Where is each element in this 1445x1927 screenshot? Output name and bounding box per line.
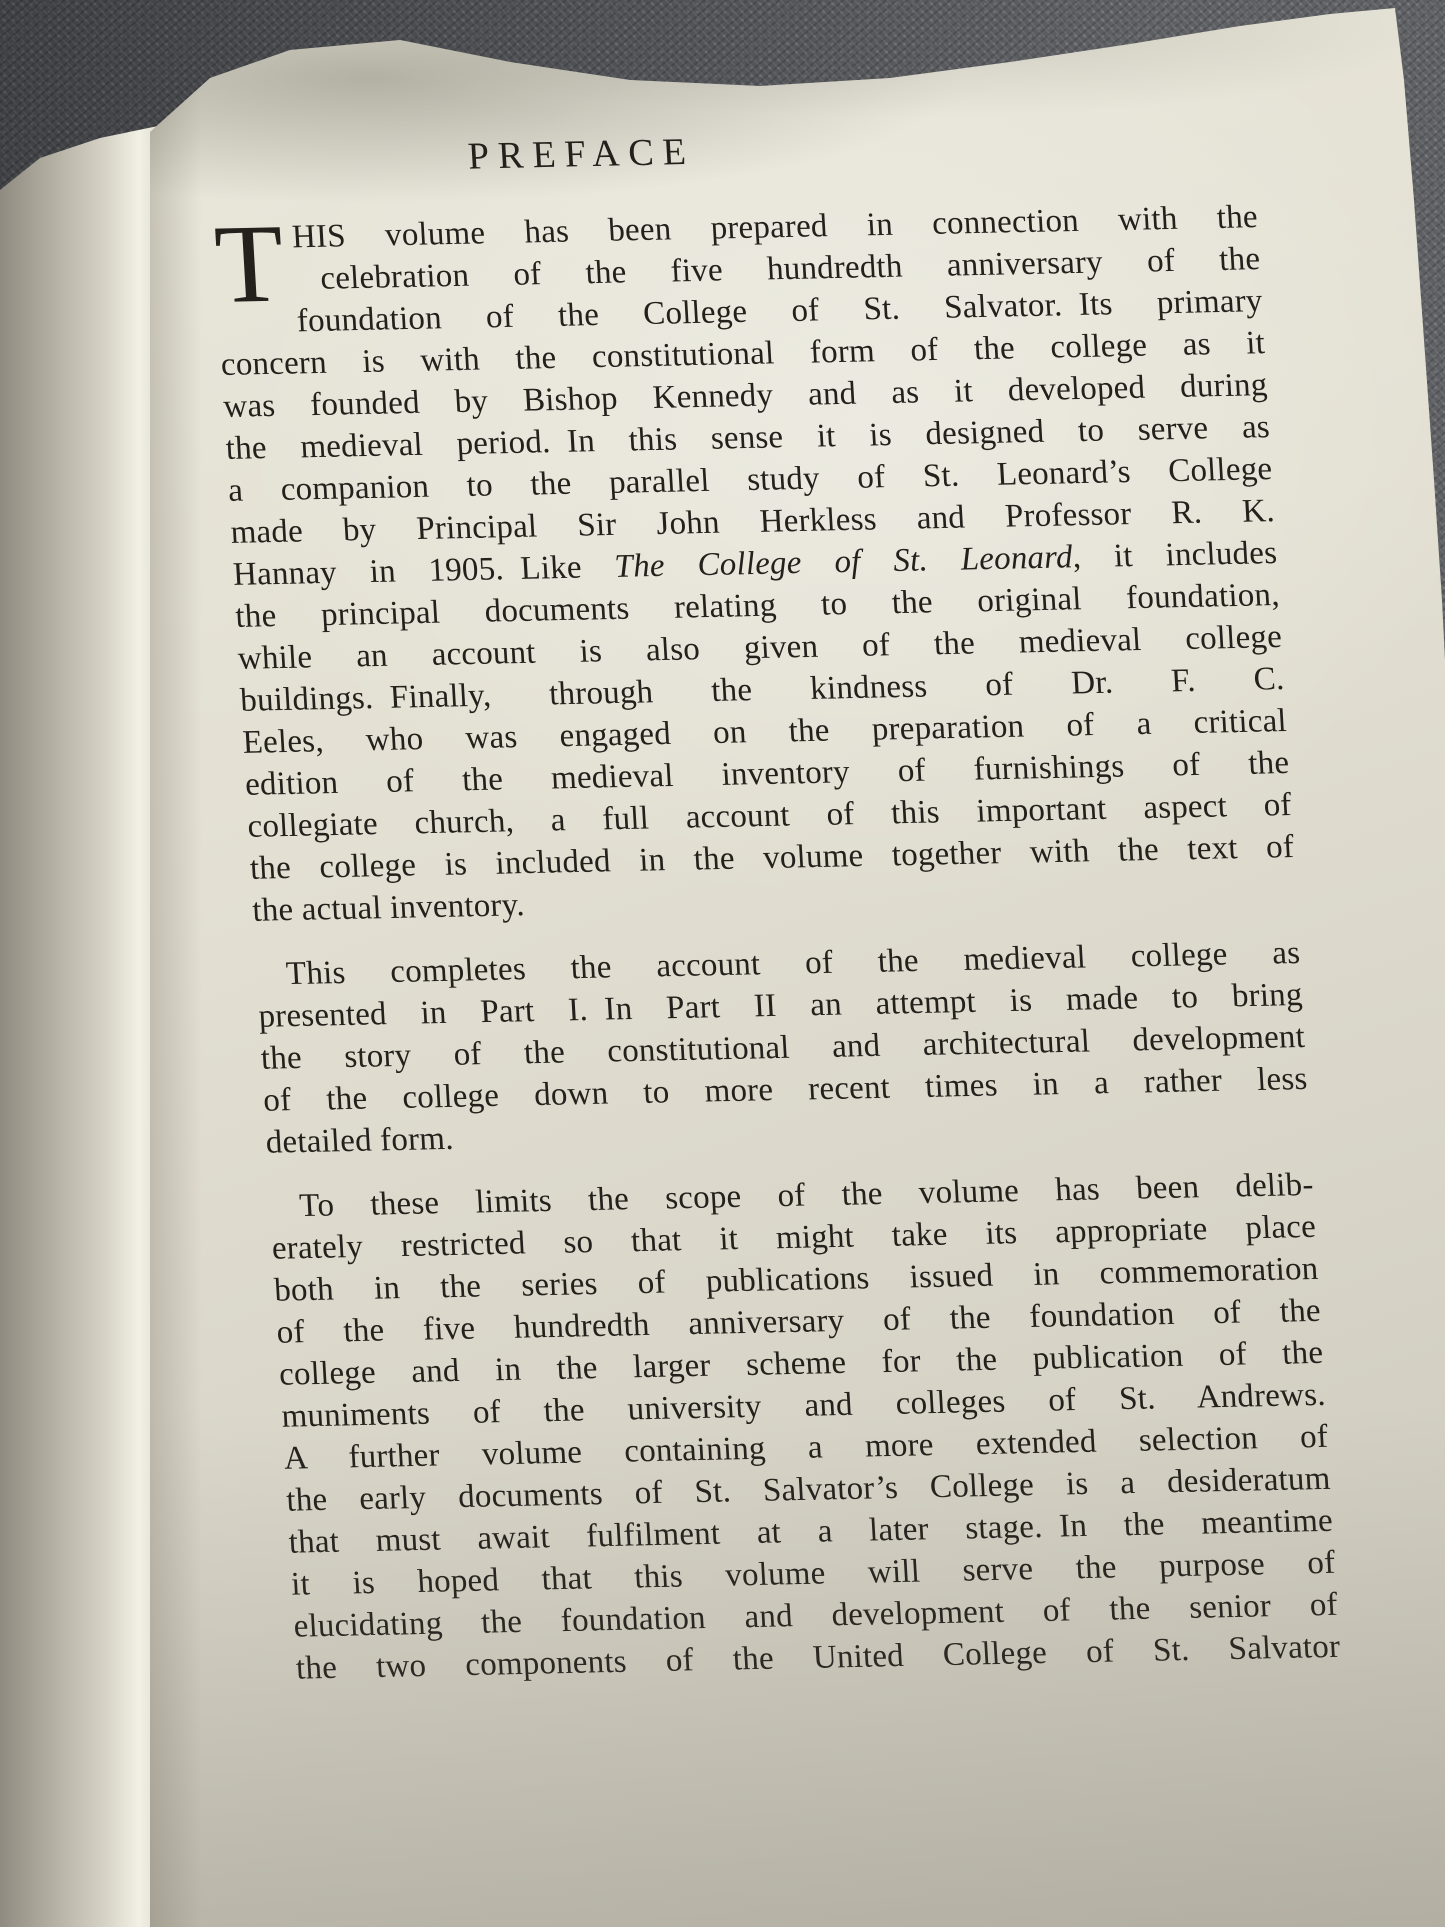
drop-cap: T xyxy=(213,221,286,308)
italic-book-title: The College of St. Leonard xyxy=(614,539,1074,585)
page-text-block: PREFACE T HIS volume has been prepared i… xyxy=(208,118,1341,1690)
paragraph-3-lines: To these limits the scope of the volume … xyxy=(268,1164,1341,1690)
facing-page-edge xyxy=(0,0,158,1927)
line-text: detailed form. xyxy=(265,1121,455,1161)
book-page: PREFACE T HIS volume has been prepared i… xyxy=(150,0,1445,1927)
preface-paragraph-3: To these limits the scope of the volume … xyxy=(268,1164,1341,1690)
paragraph-1-lines: HIS volume has been prepared in connecti… xyxy=(212,196,1297,932)
line-text: the actual inventory. xyxy=(251,887,525,929)
page-heading: PREFACE xyxy=(208,118,1255,184)
preface-paragraph-2: This completes the account of the mediev… xyxy=(255,932,1311,1164)
line-text: , it includes xyxy=(1072,535,1278,575)
preface-paragraph-1: T HIS volume has been prepared in connec… xyxy=(212,196,1297,932)
paragraph-2-lines: This completes the account of the mediev… xyxy=(255,932,1311,1164)
line-text: Hannay in 1905. Like xyxy=(232,549,616,593)
